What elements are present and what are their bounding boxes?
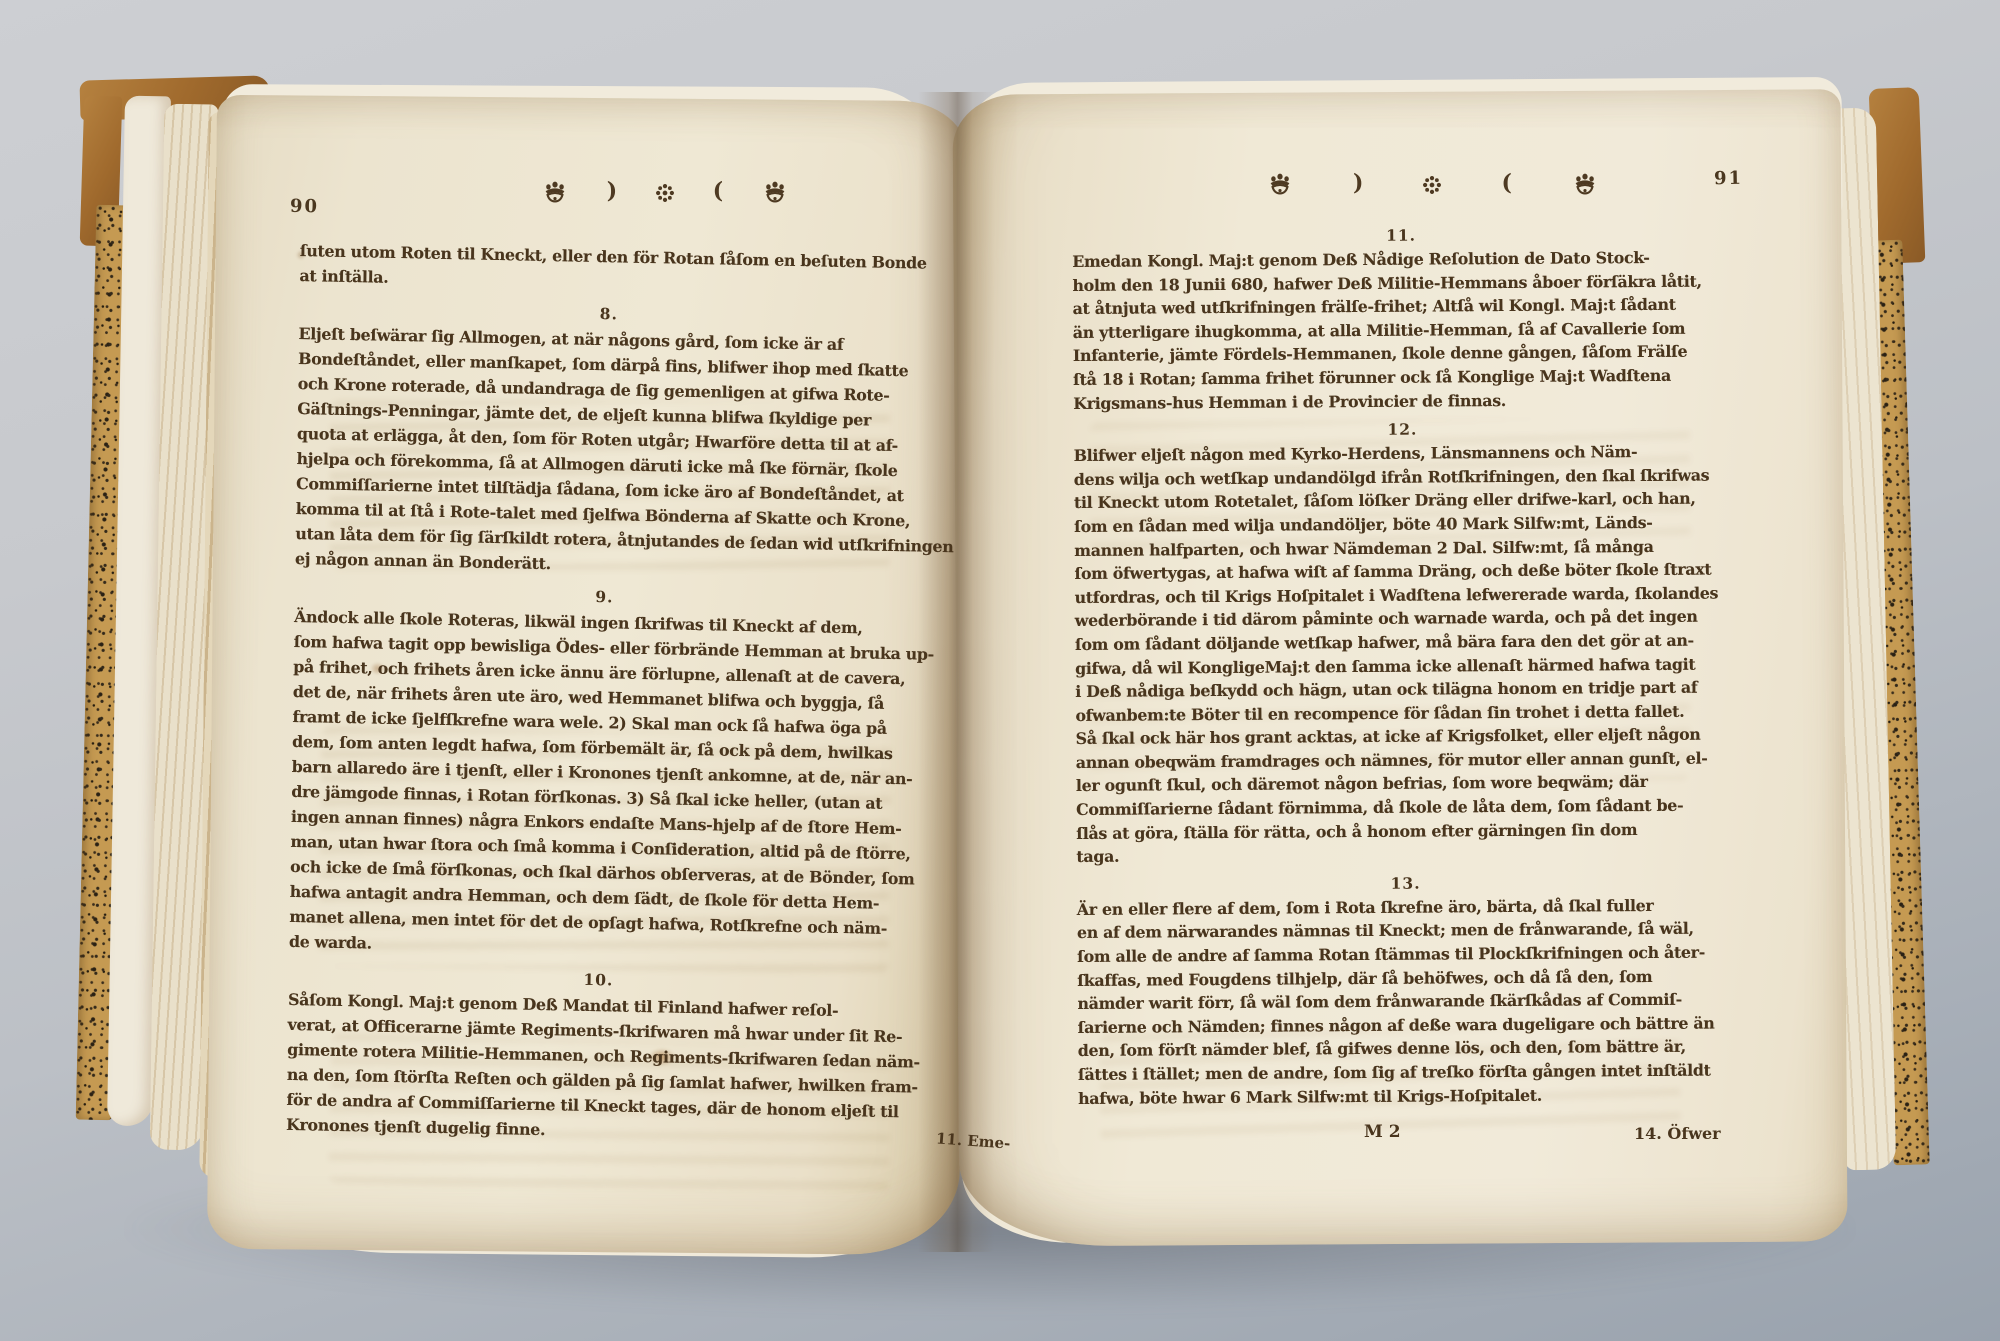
book-photo: 90 ) ( ) ( <box>0 0 2000 1341</box>
paren-ornament: ) <box>607 178 617 204</box>
header-ornament-left: ) ( <box>540 180 790 206</box>
text-line: ſtå 18 i Rotan; ſamma frihet förunner oc… <box>1073 363 1731 391</box>
rosette-icon <box>654 182 676 204</box>
section-number: 11. <box>1072 223 1730 247</box>
paren-ornament: ( <box>1502 170 1512 196</box>
text-line: hafwa, böte hwar 6 Mark Silfw:mt til Kri… <box>1078 1082 1736 1110</box>
paren-ornament: ( <box>713 178 723 204</box>
text-line: taga. <box>1076 841 1734 869</box>
fleuron-icon <box>540 180 570 206</box>
fleuron-icon <box>760 180 790 206</box>
fleuron-icon <box>1265 172 1295 198</box>
left-page-text: ſuten utom Roten til Kneckt, eller den f… <box>286 238 920 1149</box>
section-number: 12. <box>1073 418 1731 442</box>
text-line: Krigsmans-hus Hemman i de Provincier de … <box>1073 387 1731 415</box>
text-line: ſlås at göra, ſtälla för rätta, och å ho… <box>1076 817 1734 845</box>
right-page-text: 11.Emedan Kongl. Maj:t genom Deß Nådige … <box>1072 223 1736 1110</box>
section-number: 13. <box>1077 871 1735 895</box>
page-number-left: 90 <box>290 196 319 218</box>
text-line: ſättes i ſtället; men de andre, ſom ſig … <box>1078 1058 1736 1086</box>
catchword-right: 14. Öfwer <box>1634 1124 1721 1143</box>
signature-mark: M 2 <box>1364 1122 1401 1142</box>
header-ornament-right: ) ( <box>1265 172 1600 198</box>
page-number-right: 91 <box>1714 168 1743 190</box>
fleuron-icon <box>1570 172 1600 198</box>
rosette-icon <box>1421 174 1443 196</box>
paren-ornament: ) <box>1353 170 1363 196</box>
